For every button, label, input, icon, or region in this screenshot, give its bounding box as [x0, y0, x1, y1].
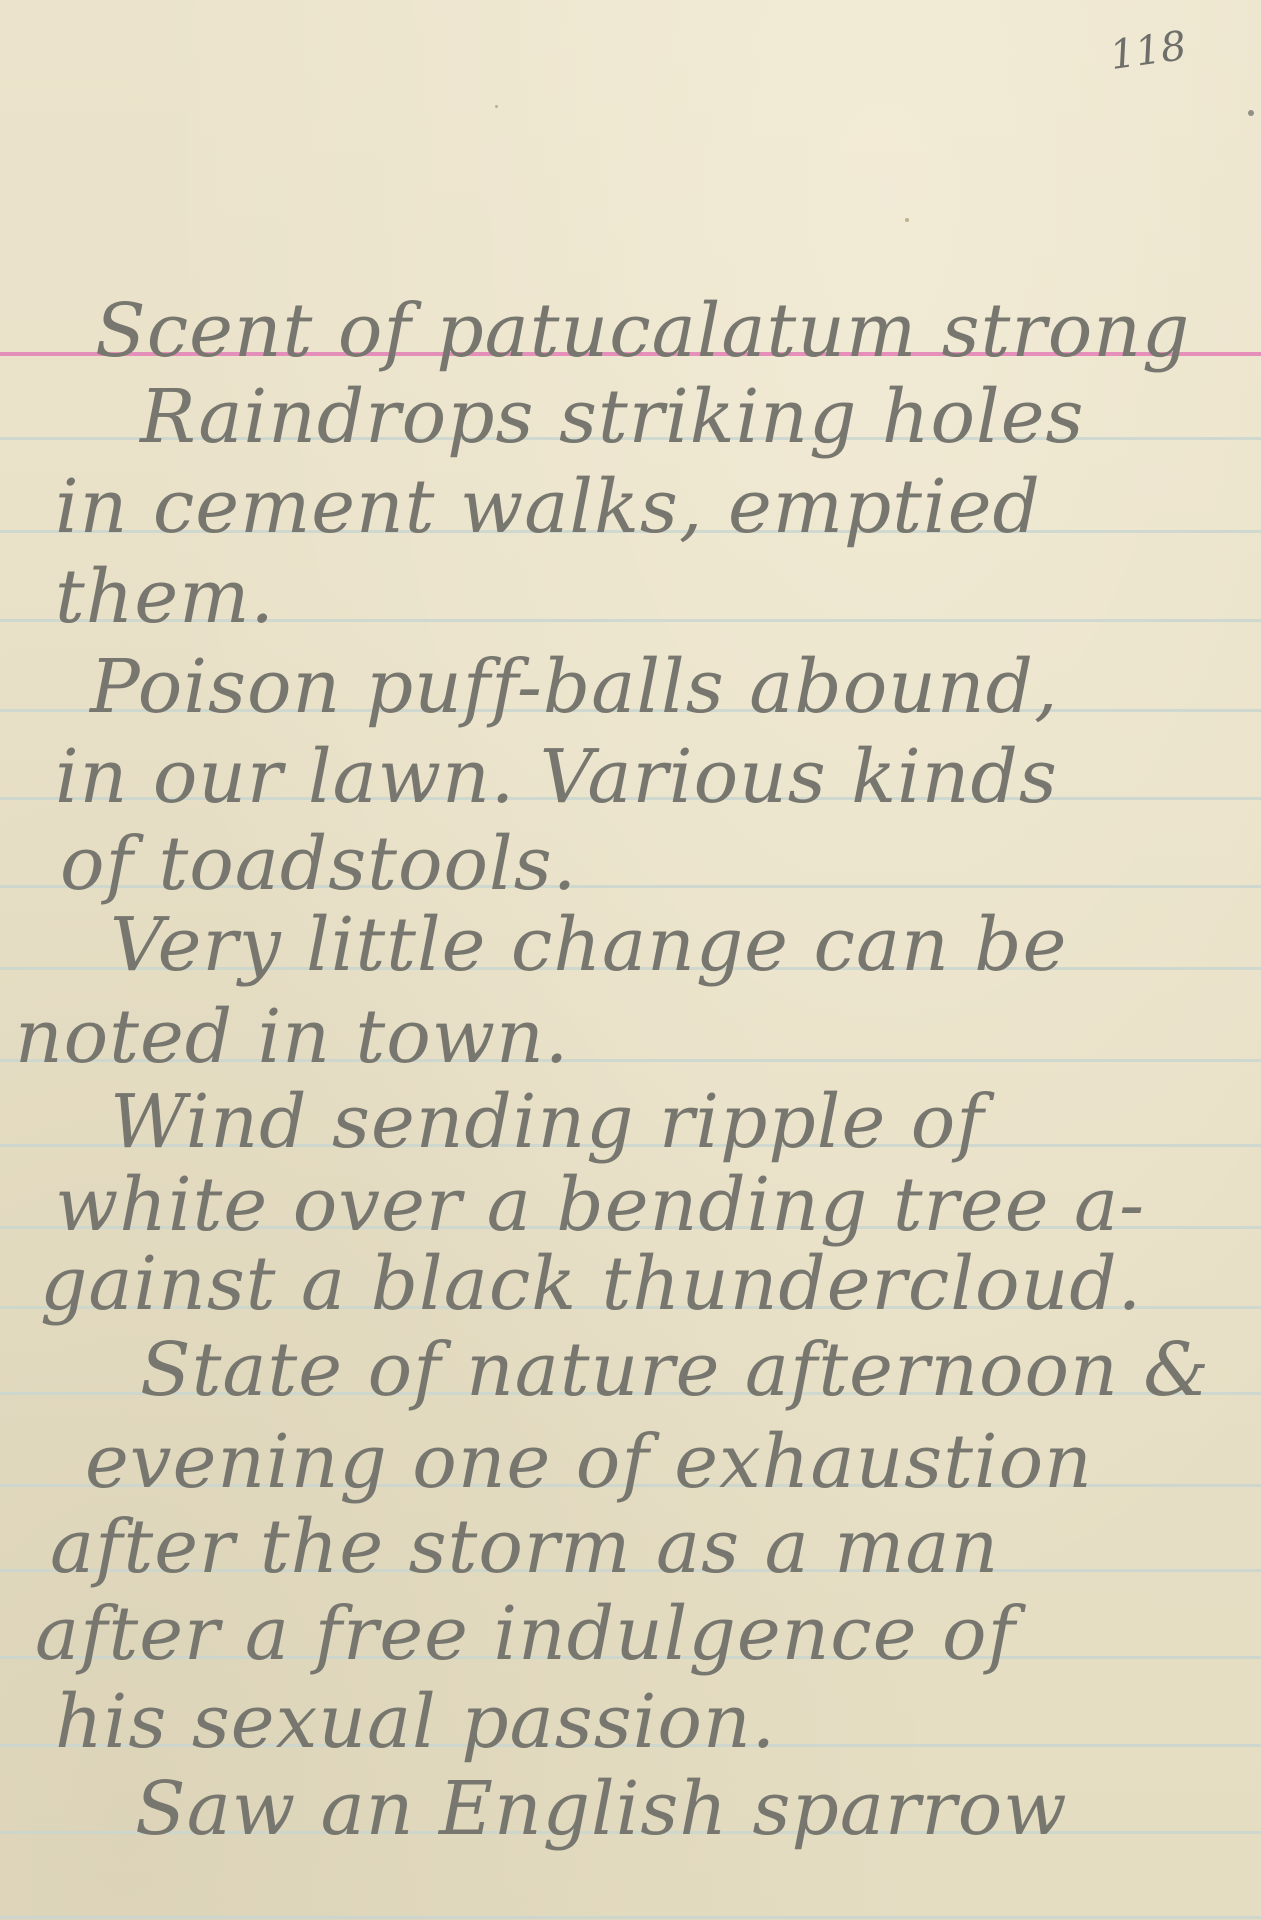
handwritten-line: of toadstools.: [60, 827, 577, 901]
handwritten-line: Poison puff-balls abound,: [90, 650, 1058, 724]
handwritten-line: his sexual passion.: [55, 1685, 776, 1759]
handwritten-line: noted in town.: [15, 1000, 569, 1074]
handwritten-line: Scent of patucalatum strong: [95, 294, 1190, 368]
paper-speck: [905, 218, 909, 222]
paper-speck: [1248, 110, 1254, 116]
handwritten-line: white over a bending tree a-: [55, 1168, 1145, 1242]
handwritten-line: Raindrops striking holes: [140, 380, 1084, 454]
handwritten-line: Wind sending ripple of: [110, 1085, 985, 1159]
notebook-page: 118 Scent of patucalatum strongRaindrops…: [0, 0, 1261, 1920]
handwritten-line: in our lawn. Various kinds: [55, 740, 1058, 814]
handwritten-line: them.: [55, 560, 275, 634]
handwritten-line: Saw an English sparrow: [135, 1772, 1068, 1846]
paper-speck: [495, 105, 498, 108]
handwritten-line: after the storm as a man: [50, 1510, 999, 1584]
handwritten-line: State of nature afternoon &: [140, 1333, 1210, 1407]
handwritten-line: in cement walks, emptied: [55, 470, 1041, 544]
handwritten-line: after a free indulgence of: [35, 1597, 1016, 1671]
handwritten-line: Very little change can be: [110, 908, 1067, 982]
page-number: 118: [1107, 23, 1189, 79]
ruled-line: [0, 1916, 1261, 1919]
handwritten-line: evening one of exhaustion: [85, 1425, 1093, 1499]
handwritten-line: gainst a black thundercloud.: [40, 1247, 1142, 1321]
